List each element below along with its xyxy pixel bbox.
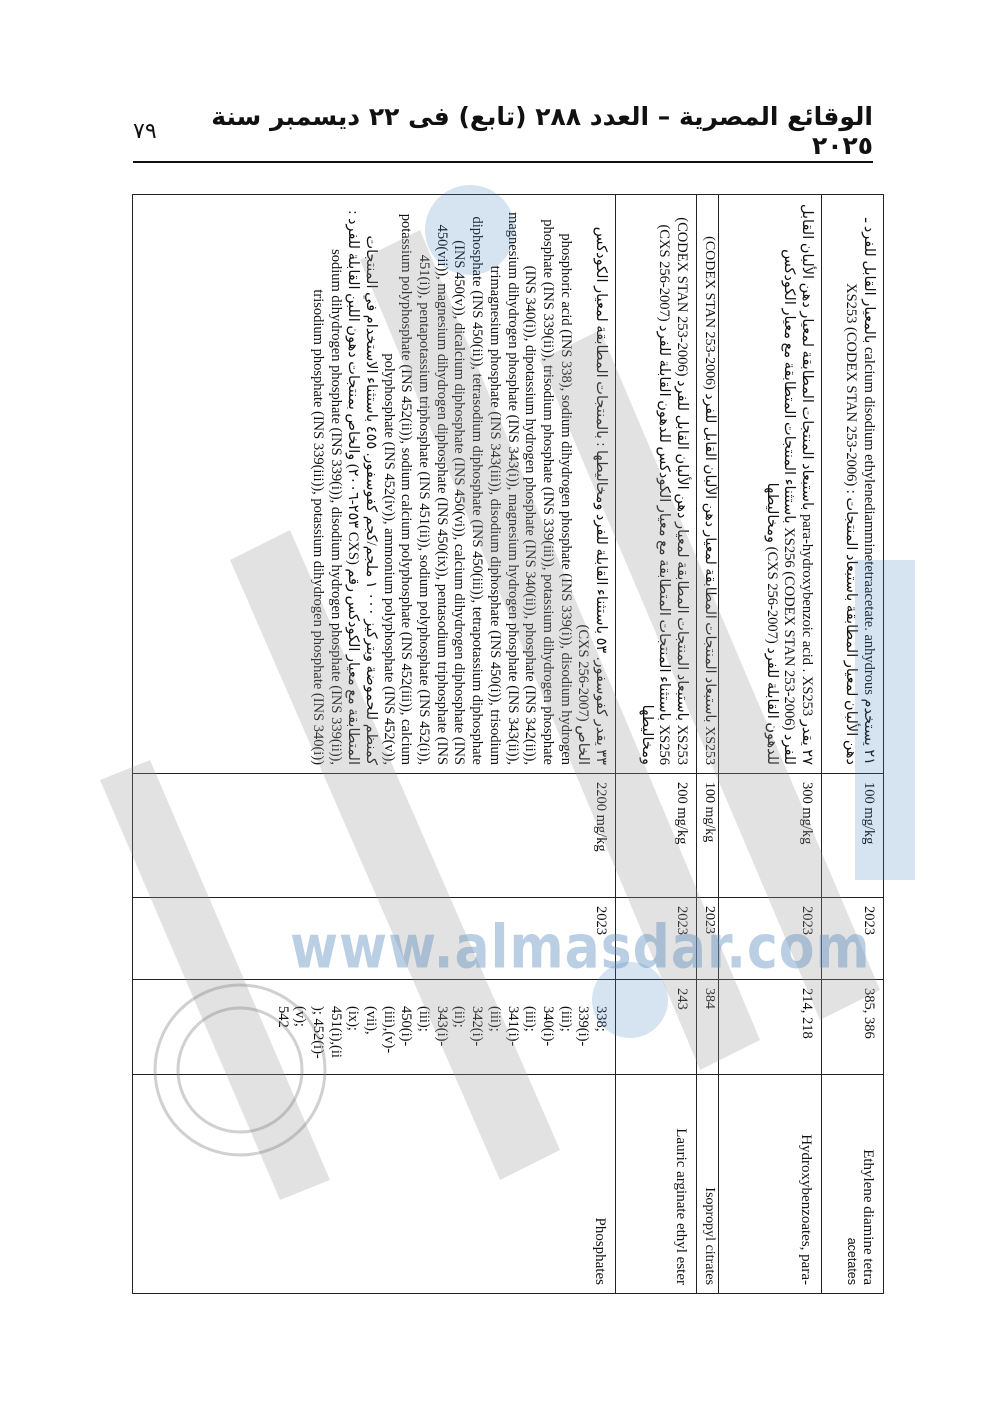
table-row: Hydroxybenzoates, para- 214, 218 2023 30…	[719, 195, 822, 1294]
ins-line: 342(i)-	[468, 1006, 486, 1066]
conditions-cell: XS253 باستبعاد المنتجات المطابقة لمعيار …	[616, 195, 697, 774]
ins-cell: 385, 386	[822, 980, 884, 1075]
additive-name: Isopropyl citrates	[702, 1187, 717, 1285]
ins-line: (ix);	[344, 1006, 362, 1066]
conditions-substances: phosphoric acid (INS 338), sodium dihydr…	[379, 203, 574, 765]
max-level-cell: 2200 mg/kg	[133, 774, 616, 898]
ins-line: 341(i)-	[503, 1006, 521, 1066]
max-level-cell: 100 mg/kg	[697, 774, 719, 898]
ins-line: (iii);	[556, 1006, 574, 1066]
additive-name-cell: Ethylene diamine tetra acetates	[822, 1075, 884, 1294]
ins-line: 451(i),(ii	[326, 1006, 344, 1066]
page-number: ٧٩	[133, 119, 157, 144]
conditions-cell: ٢٧ يقدر para-hydroxybenzoic acid . XS253…	[719, 195, 822, 774]
additive-name-cell: Phosphates	[133, 1075, 616, 1294]
max-level-cell: 200 mg/kg	[616, 774, 697, 898]
max-level-cell: 300 mg/kg	[719, 774, 822, 898]
additive-name-cell: Lauric arginate ethyl ester	[616, 1075, 697, 1294]
ins-line: 343(i)-	[432, 1006, 450, 1066]
ins-cell: 214, 218	[719, 980, 822, 1075]
max-level-cell: 100 mg/kg	[822, 774, 884, 898]
ins-line: ); 452(i)-	[308, 1006, 326, 1066]
ins-line: 339(i)-	[574, 1006, 592, 1066]
table-row: Lauric arginate ethyl ester 243 2023 200…	[616, 195, 697, 1294]
ins-list: 338;339(i)-(iii);340(i)-(iii);341(i)-(ii…	[273, 1006, 609, 1066]
ins-line: (vii),	[361, 1006, 379, 1066]
ins-line: (v);	[291, 1006, 309, 1066]
additives-table: Ethylene diamine tetra acetates 385, 386…	[132, 194, 884, 1294]
additives-table-rotated: Ethylene diamine tetra acetates 385, 386…	[133, 194, 884, 1293]
ins-line: (iii);	[485, 1006, 503, 1066]
ins-line: (iii);	[414, 1006, 432, 1066]
conditions-tail: كمنظم للحموضة وبتركيز ٠٠٠ ١ ملجم/كجم كفو…	[308, 203, 379, 765]
ins-cell: 338;339(i)-(iii);340(i)-(iii);341(i)-(ii…	[133, 980, 616, 1075]
additive-name-sub: acetates	[843, 1083, 858, 1285]
conditions-cell: ٢١ يستخدم calcium disodium ethylenediamm…	[822, 195, 884, 774]
ins-line: 450(i)-	[397, 1006, 415, 1066]
ins-cell: 243	[616, 980, 697, 1075]
ins-line: (iii),(v)-	[379, 1006, 397, 1066]
gazette-title: الوقائع المصرية – العدد ٢٨٨ (تابع) فى ٢٢…	[157, 102, 873, 160]
table-row: Isopropyl citrates 384 2023 100 mg/kg XS…	[697, 195, 719, 1294]
conditions-intro: ٣٣ يقدر كفوسفور. ٥٣ باستثناء القابلة للف…	[574, 203, 609, 765]
ins-cell: 384	[697, 980, 719, 1075]
conditions-cell: ٣٣ يقدر كفوسفور. ٥٣ باستثناء القابلة للف…	[133, 195, 616, 774]
year-cell: 2023	[697, 898, 719, 980]
year-cell: 2023	[822, 898, 884, 980]
table-row: Phosphates 338;339(i)-(iii);340(i)-(iii)…	[133, 195, 616, 1294]
year-cell: 2023	[719, 898, 822, 980]
additive-name: Lauric arginate ethyl ester	[673, 1128, 689, 1285]
ins-line: (ii);	[450, 1006, 468, 1066]
year-cell: 2023	[133, 898, 616, 980]
additive-name-cell: Isopropyl citrates	[697, 1075, 719, 1294]
page-header: الوقائع المصرية – العدد ٢٨٨ (تابع) فى ٢٢…	[133, 108, 873, 154]
additive-name: Ethylene diamine tetra	[860, 1149, 876, 1285]
ins-line: 340(i)-	[538, 1006, 556, 1066]
ins-line: 542	[273, 1006, 291, 1066]
table-row: Ethylene diamine tetra acetates 385, 386…	[822, 195, 884, 1294]
ins-line: 338;	[591, 1006, 609, 1066]
header-divider	[133, 161, 873, 163]
additive-name: Phosphates	[592, 1218, 608, 1286]
ins-line: (iii);	[521, 1006, 539, 1066]
year-cell: 2023	[616, 898, 697, 980]
additive-name: Hydroxybenzoates, para-	[798, 1134, 814, 1285]
additive-name-cell: Hydroxybenzoates, para-	[719, 1075, 822, 1294]
conditions-cell: XS253 باستبعاد المنتجات المطابقة لمعيار …	[697, 195, 719, 774]
